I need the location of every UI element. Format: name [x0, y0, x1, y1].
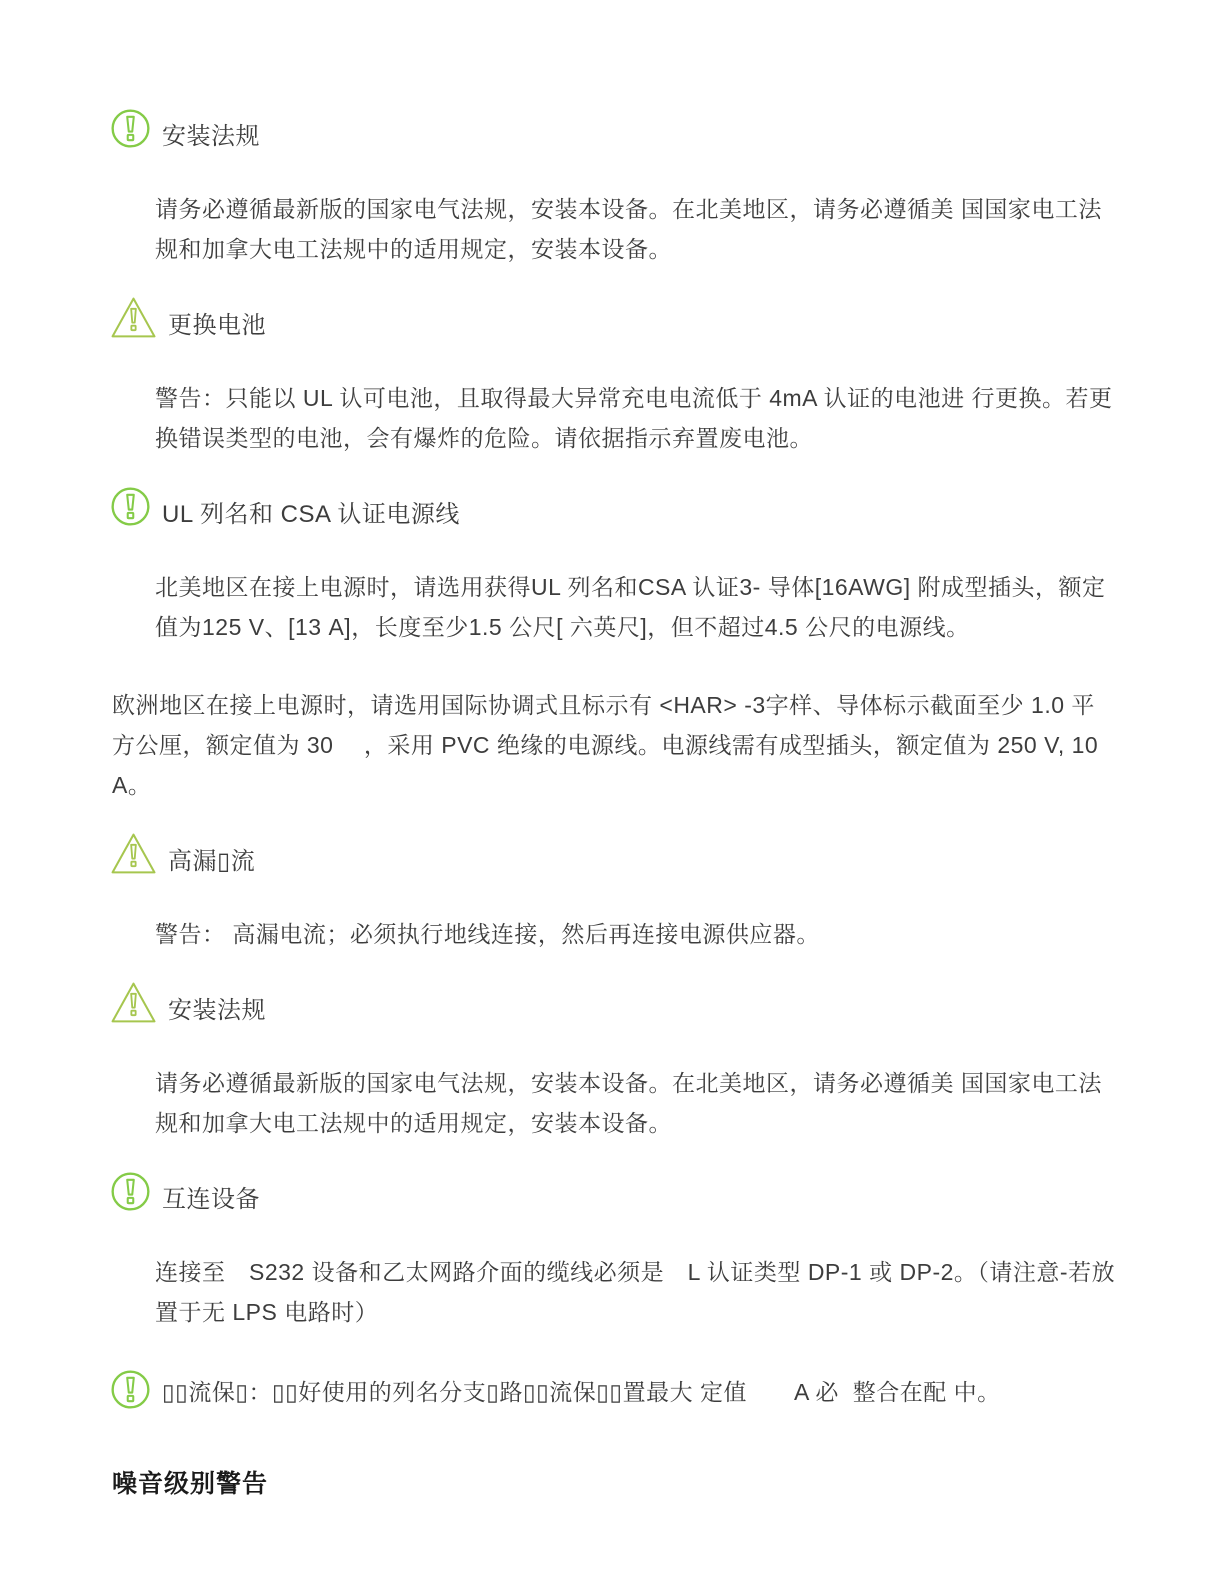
- section-title: 安装法规: [168, 980, 266, 1025]
- section-header: 高漏▯流: [110, 831, 1117, 876]
- section-title: 高漏▯流: [168, 831, 255, 876]
- paragraph-europe-power-cord: 欧洲地区在接上电源时，请选用国际协调式且标示有 <HAR> -3字样、导体标示截…: [112, 685, 1117, 805]
- section-header: 安装法规: [110, 980, 1117, 1025]
- warning-circle-icon: [110, 486, 151, 527]
- section-body: 请务必遵循最新版的国家电气法规，安装本设备。在北美地区，请务必遵循美 国国家电工…: [155, 189, 1117, 269]
- section-header: UL 列名和 CSA 认证电源线: [110, 484, 1117, 529]
- section-header: 更换电池: [110, 295, 1117, 340]
- warning-triangle-icon: [110, 832, 157, 875]
- section-inline-text: ▯▯流保▯：▯▯好使用的列名分支▯路▯▯流保▯▯置最大 定值 A 必 整合在配 …: [162, 1366, 1001, 1412]
- warning-circle-icon: [110, 1171, 151, 1212]
- section-title: UL 列名和 CSA 认证电源线: [162, 484, 460, 529]
- section-header: 安装法规: [110, 106, 1117, 151]
- warning-triangle-icon: [110, 981, 157, 1024]
- warning-circle-icon: [110, 108, 151, 149]
- section-header: 互连设备: [110, 1169, 1117, 1214]
- section-body: 连接至 S232 设备和乙太网路介面的缆线必须是 L 认证类型 DP-1 或 D…: [155, 1252, 1117, 1332]
- section-body: 警告：只能以 UL 认可电池，且取得最大异常充电电流低于 4mA 认证的电池进 …: [155, 378, 1117, 458]
- warning-triangle-icon: [110, 296, 157, 339]
- section-title: 安装法规: [162, 106, 260, 151]
- section-inline-overcurrent: ▯▯流保▯：▯▯好使用的列名分支▯路▯▯流保▯▯置最大 定值 A 必 整合在配 …: [110, 1366, 1117, 1412]
- document-page: 安装法规 请务必遵循最新版的国家电气法规，安装本设备。在北美地区，请务必遵循美 …: [0, 0, 1224, 1584]
- warning-circle-icon: [110, 1369, 151, 1410]
- section-body: 北美地区在接上电源时，请选用获得UL 列名和CSA 认证3- 导体[16AWG]…: [155, 567, 1117, 647]
- noise-level-warning-heading: 噪音级别警告: [112, 1464, 1117, 1500]
- section-body: 请务必遵循最新版的国家电气法规，安装本设备。在北美地区，请务必遵循美 国国家电工…: [155, 1063, 1117, 1143]
- section-body: 警告： 高漏电流；必须执行地线连接，然后再连接电源供应器。: [155, 914, 1117, 954]
- section-title: 互连设备: [162, 1169, 260, 1214]
- section-title: 更换电池: [168, 295, 266, 340]
